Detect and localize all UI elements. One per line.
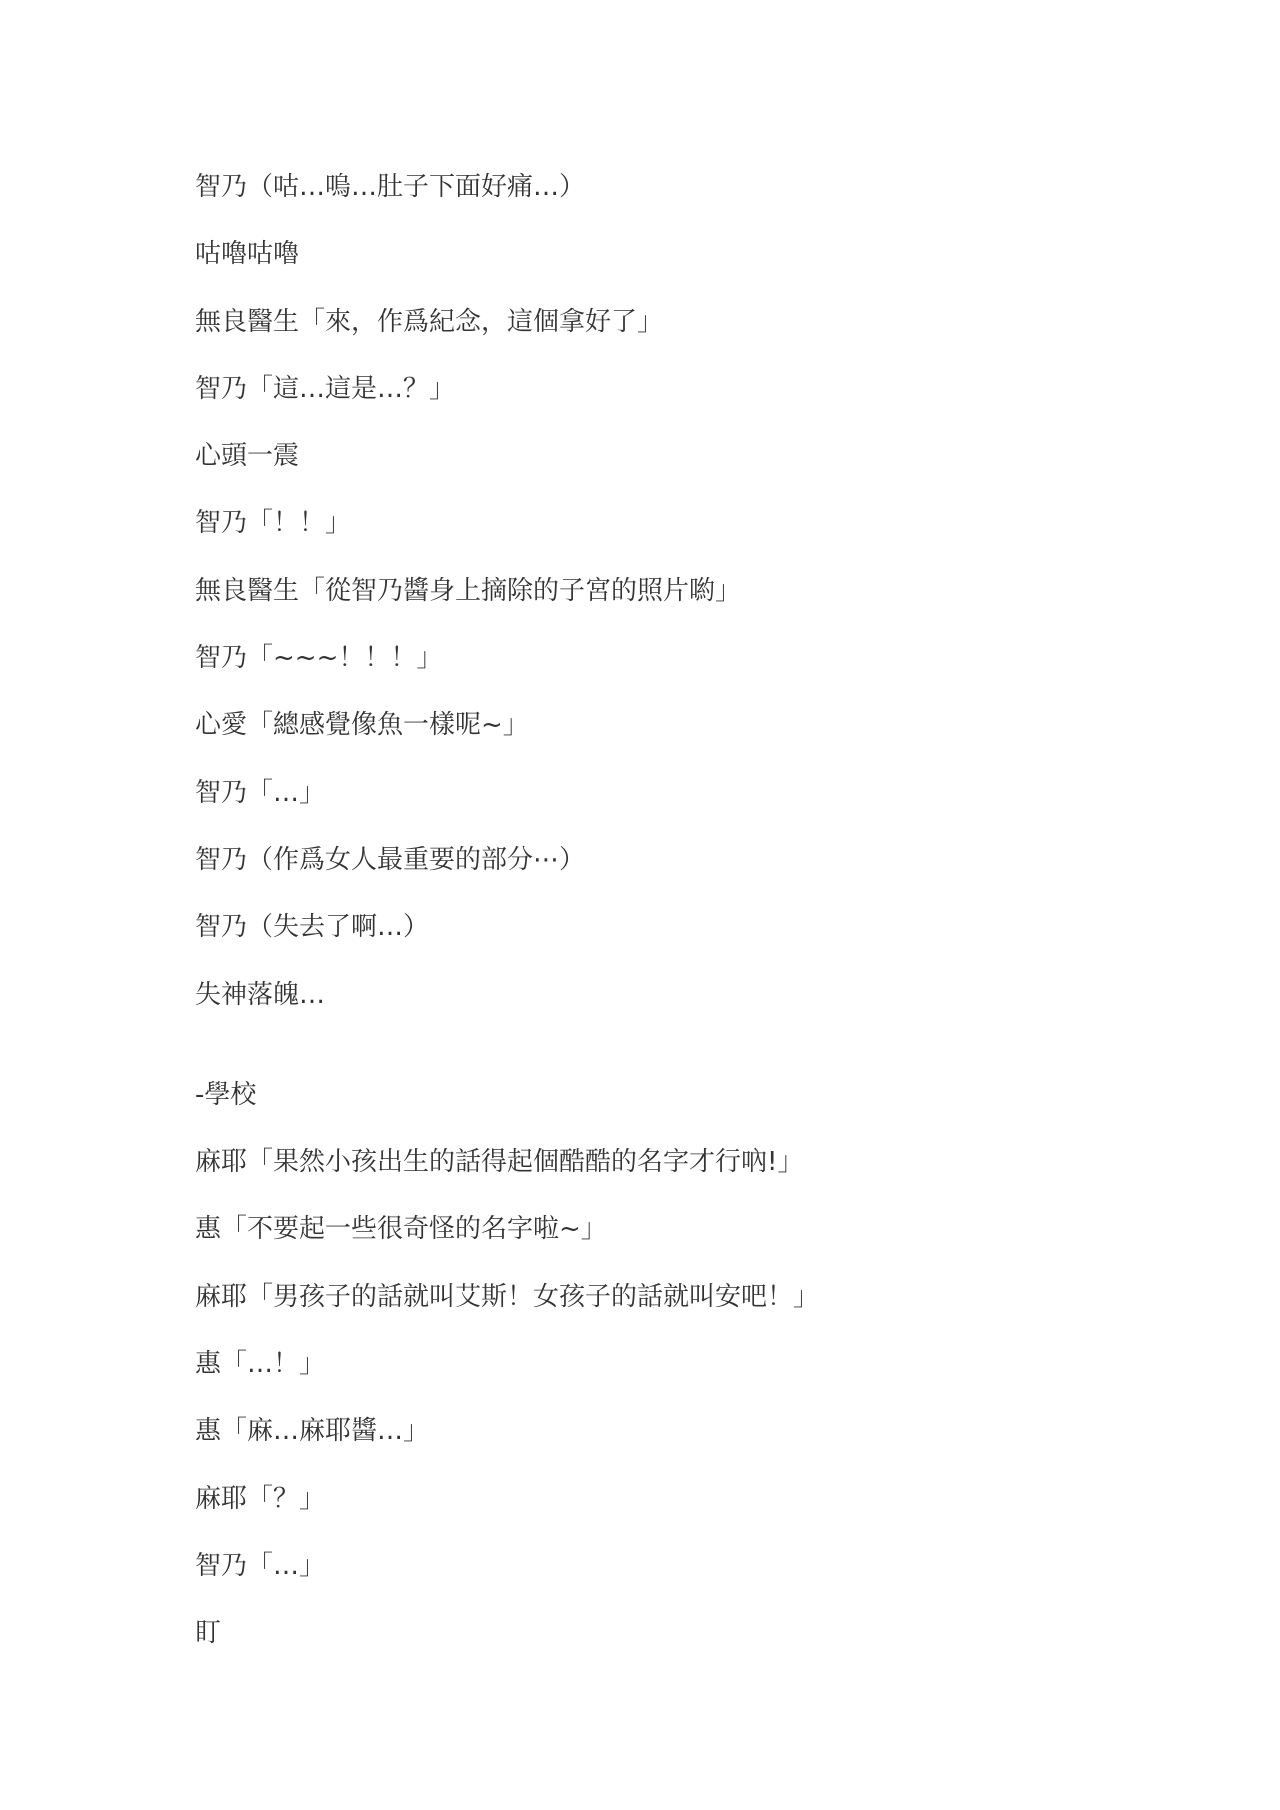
dialogue-line: 惠「麻…麻耶醬…」: [195, 1418, 1095, 1444]
dialogue-line: 智乃「這…這是…？」: [195, 376, 1095, 402]
dialogue-line: 智乃（作爲女人最重要的部分⋯）: [195, 847, 1095, 873]
dialogue-line: 心愛「總感覺像魚一樣呢~」: [195, 712, 1095, 738]
dialogue-line: 智乃「…」: [195, 780, 1095, 806]
narration-line: 失神落魄…: [195, 982, 1095, 1008]
dialogue-line: 智乃「…」: [195, 1553, 1095, 1579]
document-body: 智乃（咕…嗚…肚子下面好痛…） 咕嚕咕嚕 無良醫生「來，作爲紀念，這個拿好了」 …: [195, 174, 1095, 1688]
dialogue-line: 智乃「~~~！！！」: [195, 645, 1095, 671]
section-heading: -學校: [195, 1082, 1095, 1108]
dialogue-line: 麻耶「果然小孩出生的話得起個酷酷的名字才行吶!」: [195, 1149, 1095, 1175]
dialogue-line: 無良醫生「從智乃醬身上摘除的子宮的照片喲」: [195, 578, 1095, 604]
narration-line: 咕嚕咕嚕: [195, 241, 1095, 267]
document-page: 智乃（咕…嗚…肚子下面好痛…） 咕嚕咕嚕 無良醫生「來，作爲紀念，這個拿好了」 …: [0, 0, 1280, 1810]
dialogue-line: 麻耶「男孩子的話就叫艾斯！女孩子的話就叫安吧！」: [195, 1284, 1095, 1310]
dialogue-line: 智乃（咕…嗚…肚子下面好痛…）: [195, 174, 1095, 200]
narration-line: 心頭一震: [195, 443, 1095, 469]
section-spacer: [195, 1049, 1095, 1082]
dialogue-line: 無良醫生「來，作爲紀念，這個拿好了」: [195, 309, 1095, 335]
narration-line: 盯: [195, 1620, 1095, 1646]
dialogue-line: 智乃「！！」: [195, 510, 1095, 536]
dialogue-line: 麻耶「？」: [195, 1486, 1095, 1512]
dialogue-line: 智乃（失去了啊…）: [195, 914, 1095, 940]
dialogue-line: 惠「不要起一些很奇怪的名字啦~」: [195, 1216, 1095, 1242]
dialogue-line: 惠「…！」: [195, 1351, 1095, 1377]
